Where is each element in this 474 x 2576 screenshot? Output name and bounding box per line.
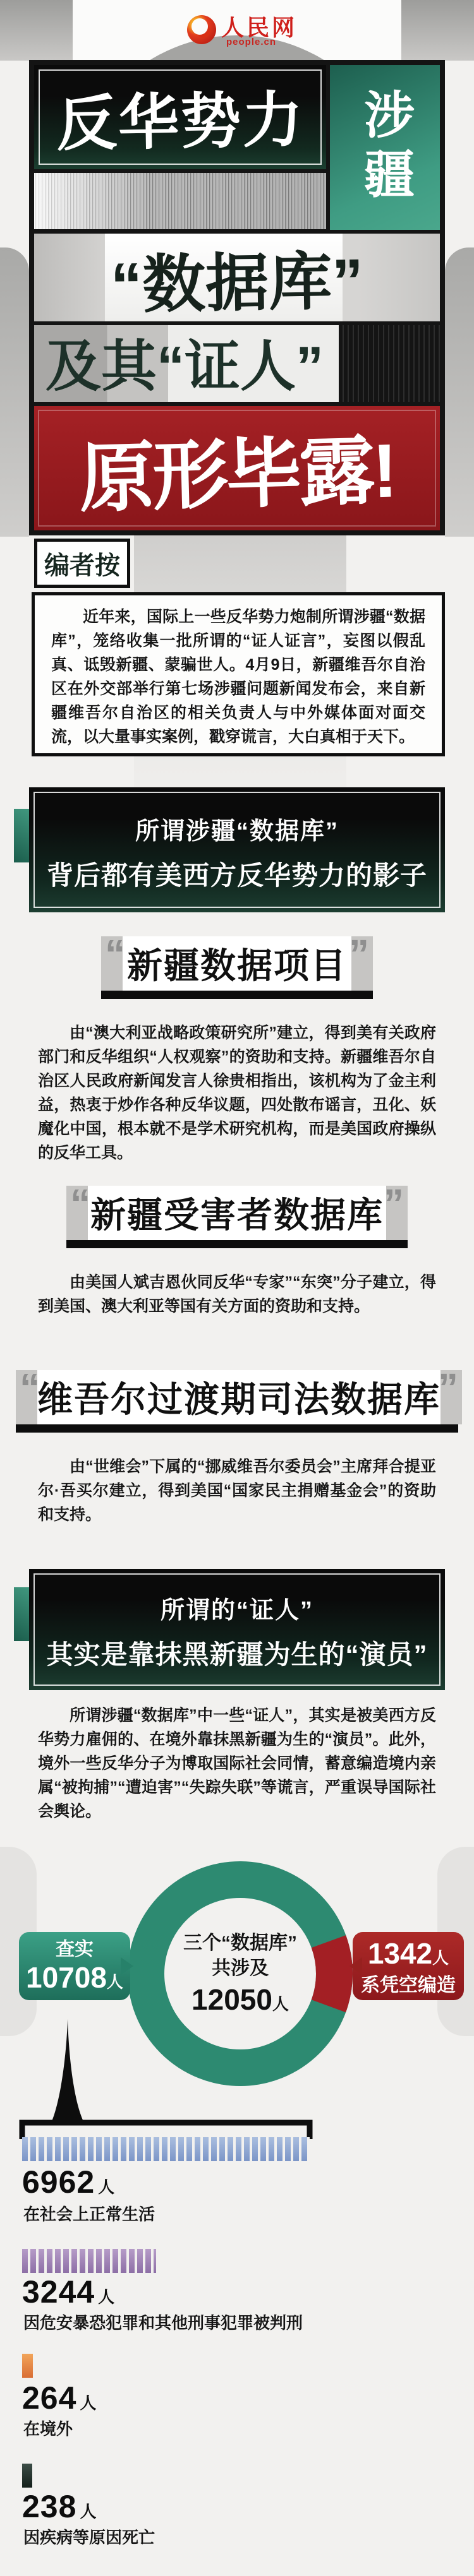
headline-row: 反华势力	[34, 65, 326, 169]
callout-verified: 查实 10708人	[19, 1932, 130, 2000]
subtitle-xinjiang-victims-database: “ 新疆受害者数据库 ”	[66, 1186, 408, 1248]
bar-abroad	[22, 2354, 33, 2378]
bar-label: 因疾病等原因死亡	[23, 2528, 155, 2547]
bar-value-row: 3244人	[22, 2274, 114, 2310]
section1-heading-line1: 所谓涉疆“数据库”	[29, 811, 445, 846]
red-banner-text: 原形毕露!	[78, 410, 396, 527]
section1-heading-line2: 背后都有美西方反华势力的影子	[29, 855, 445, 893]
bar-unit: 人	[80, 2502, 96, 2521]
open-quote-icon: “	[20, 1368, 40, 1408]
infographic-page: 人民网 people.cn 反华势力 涉疆 “数据库” 及其“证人” 原形毕露!…	[0, 0, 474, 2576]
paragraph-1: 由“澳大利亚战略政策研究所”建立，得到美有关政府部门和反华组织“人权观察”的资助…	[38, 1021, 436, 1165]
bar-value-row: 238人	[22, 2489, 96, 2524]
bar-value: 238	[22, 2489, 76, 2524]
bar-convicted	[22, 2249, 156, 2273]
verified-unit: 人	[107, 1972, 123, 1991]
close-quote-icon: ”	[438, 1368, 458, 1408]
top-right-gray-band	[401, 0, 474, 61]
paragraph-4: 所谓涉疆“数据库”中一些“证人”，其实是被美西方反华势力雇佣的、在境外靠抹黑新疆…	[38, 1703, 436, 1823]
bar-label: 在境外	[23, 2419, 73, 2438]
bar-value-row: 6962人	[22, 2164, 114, 2200]
editor-note-box: 近年来，国际上一些反华势力炮制所谓涉疆“数据库”，笼络收集一批所谓的“证人证言”…	[32, 592, 445, 756]
bar-value: 6962	[22, 2164, 95, 2200]
people-daily-logo: 人民网 people.cn	[187, 10, 326, 49]
donut-total-unit: 人	[272, 1995, 289, 2013]
bar-value: 264	[22, 2380, 76, 2416]
bar-deceased	[22, 2464, 32, 2488]
witness-row-dark-stripes	[339, 325, 440, 402]
section2-header: 所谓的“证人” 其实是靠抹黑新疆为生的“演员”	[29, 1569, 445, 1690]
callout-fabricated-value: 1342人	[353, 1937, 464, 1974]
paragraph-2: 由美国人斌吉恩伙同反华“专家”“东突”分子建立，得到美国、澳大利亚等国有关方面的…	[38, 1270, 436, 1318]
bar-label: 因危安暴恐犯罪和其他刑事犯罪被判刑	[23, 2313, 303, 2332]
quote-strip-right: ”	[351, 936, 373, 991]
close-quote-icon: ”	[349, 934, 369, 974]
subtitle-3-text: 维吾尔过渡期司法数据库	[37, 1370, 441, 1424]
bracket-icon	[16, 2014, 319, 2144]
fabricated-value: 1342	[368, 1937, 432, 1970]
bar-unit: 人	[80, 2394, 96, 2412]
quote-strip-right: ”	[386, 1186, 408, 1240]
callout-fabricated: 1342人 系凭空编造	[353, 1932, 464, 2000]
logo-en-text: people.cn	[226, 37, 276, 47]
bar-value-row: 264人	[22, 2380, 96, 2416]
quote-strip-right: ”	[441, 1370, 462, 1424]
people-logo-ball-icon	[187, 15, 216, 44]
donut-center-text: 三个“数据库” 共涉及 12050人	[158, 1931, 322, 2022]
close-quote-icon: ”	[384, 1183, 404, 1224]
top-left-gray-band	[0, 0, 73, 61]
editor-note-body: 近年来，国际上一些反华势力炮制所谓涉疆“数据库”，笼络收集一批所谓的“证人证言”…	[51, 605, 425, 749]
subtitle-2-text: 新疆受害者数据库	[88, 1186, 386, 1240]
bar-value: 3244	[22, 2274, 95, 2310]
paragraph-3: 由“世维会”下属的“挪威维吾尔委员会”主席拜合提亚尔·吾买尔建立，得到美国“国家…	[38, 1455, 436, 1527]
editor-note-label: 编者按	[34, 539, 130, 588]
headline-text: 反华势力	[56, 72, 305, 163]
subtitle-uyghur-transitional-justice-database: “ 维吾尔过渡期司法数据库 ”	[16, 1370, 458, 1433]
stripes-decor-row	[34, 173, 326, 229]
callout-fabricated-label: 系凭空编造	[353, 1974, 464, 1997]
callout-verified-label: 查实	[19, 1938, 130, 1961]
red-banner: 原形毕露!	[34, 406, 440, 530]
open-quote-icon: “	[70, 1183, 90, 1224]
open-quote-icon: “	[105, 934, 125, 974]
subtitle-1-text: 新疆数据项目	[123, 936, 351, 991]
quote-strip-left: “	[16, 1370, 37, 1424]
subtitle-xinjiang-data-project: “ 新疆数据项目 ”	[101, 936, 373, 999]
bar-unit: 人	[98, 2178, 114, 2197]
witness-row: 及其“证人”	[34, 325, 440, 402]
tag-xinjiang: 涉疆	[330, 65, 440, 230]
fabricated-unit: 人	[432, 1948, 449, 1967]
right-pillar-decor	[445, 247, 474, 537]
section2-heading-line1: 所谓的“证人”	[29, 1590, 445, 1625]
section1-header: 所谓涉疆“数据库” 背后都有美西方反华势力的影子	[29, 787, 445, 912]
quote-strip-left: “	[101, 936, 123, 991]
database-row: “数据库”	[34, 234, 440, 321]
donut-line1: 三个“数据库”	[158, 1931, 322, 1956]
witness-text: 及其“证人”	[46, 322, 324, 402]
bar-unit: 人	[98, 2287, 114, 2306]
verified-value: 10708	[26, 1961, 107, 1994]
callout-verified-value: 10708人	[19, 1961, 130, 1998]
bar-label: 在社会上正常生活	[23, 2205, 155, 2224]
database-text: “数据库”	[110, 230, 364, 325]
donut-total-value: 12050	[191, 1983, 272, 2016]
title-card: 反华势力 涉疆 “数据库” 及其“证人” 原形毕露!	[29, 60, 445, 535]
left-pillar-decor	[0, 247, 29, 537]
tag-xinjiang-text: 涉疆	[349, 88, 422, 207]
section2-heading-line2: 其实是靠抹黑新疆为生的“演员”	[29, 1634, 445, 1672]
donut-line2: 共涉及	[158, 1956, 322, 1981]
bar-normal-life	[22, 2137, 310, 2161]
spike-icon	[51, 2019, 84, 2123]
quote-strip-left: “	[66, 1186, 88, 1240]
